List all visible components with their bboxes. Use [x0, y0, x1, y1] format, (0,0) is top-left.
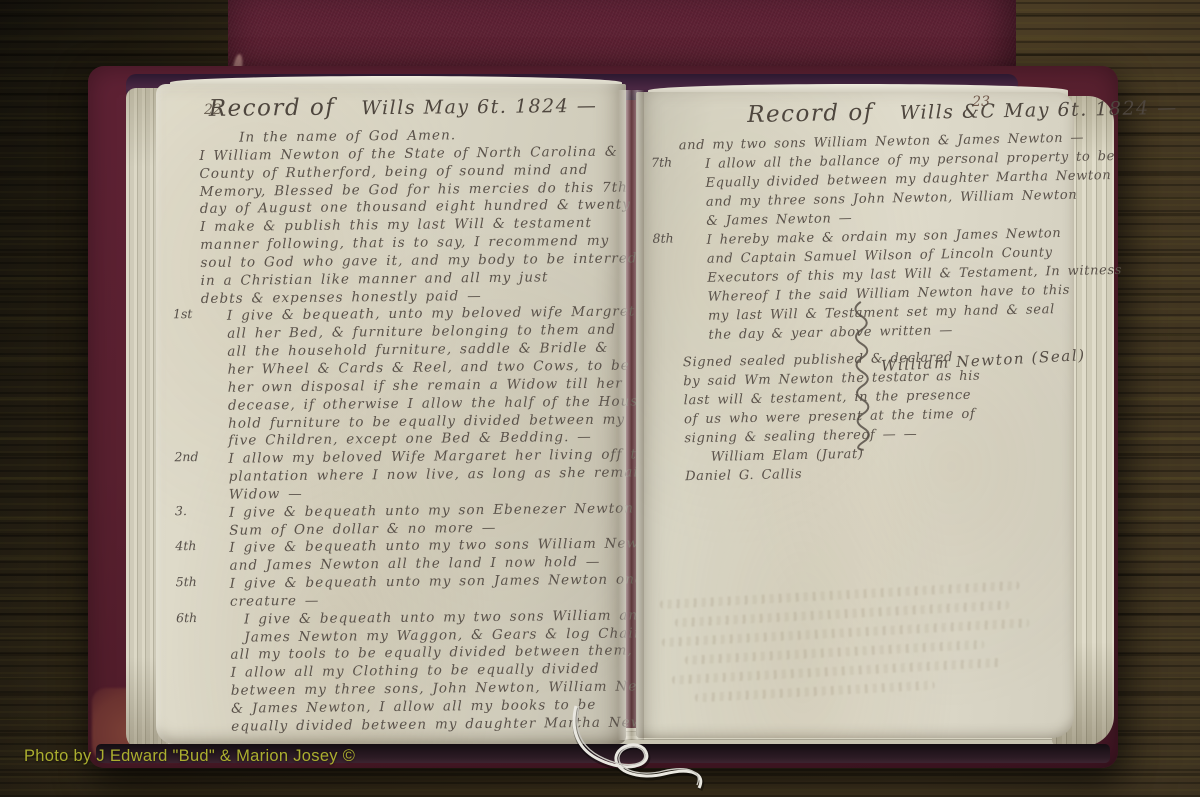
photo-of-will-record-book: 22 Record ofWills May 6t. 1824 — In the … — [0, 0, 1200, 797]
manuscript-line: equally divided between my daughter Mart… — [179, 712, 615, 734]
page-header-left: Record ofWills May 6t. 1824 — — [173, 92, 609, 123]
right-page: 23 Record ofWills &C May 6t. 1824 — and … — [636, 92, 1074, 738]
bracket-squiggle — [848, 300, 877, 452]
manuscript-line-text: the day & year above written — — [708, 323, 953, 343]
header-rest: Wills &C May 6t. 1824 — — [900, 97, 1178, 124]
header-script: Record of — [747, 100, 874, 128]
bleed-through-text — [660, 580, 1034, 714]
header-rest: Wills May 6t. 1824 — — [361, 95, 597, 119]
item-number: 3. — [175, 503, 187, 518]
photo-credit-watermark: Photo by J Edward "Bud" & Marion Josey © — [24, 747, 355, 766]
manuscript-line-text: Daniel G. Callis — [685, 467, 802, 484]
item-number: 7th — [651, 154, 672, 169]
item-number: 1st — [173, 307, 193, 322]
header-script: Record of — [209, 95, 336, 122]
item-number: 5th — [176, 574, 197, 589]
item-number: 8th — [652, 230, 673, 245]
page-header-right: Record ofWills &C May 6t. 1824 — — [652, 96, 1058, 130]
item-number: 4th — [175, 538, 196, 553]
left-page: 22 Record ofWills May 6t. 1824 — In the … — [156, 84, 626, 744]
item-number: 6th — [176, 610, 197, 625]
bookmark-string — [556, 700, 788, 796]
manuscript-body-left: In the name of God Amen.I William Newton… — [173, 123, 615, 734]
item-number: 2nd — [174, 449, 198, 464]
